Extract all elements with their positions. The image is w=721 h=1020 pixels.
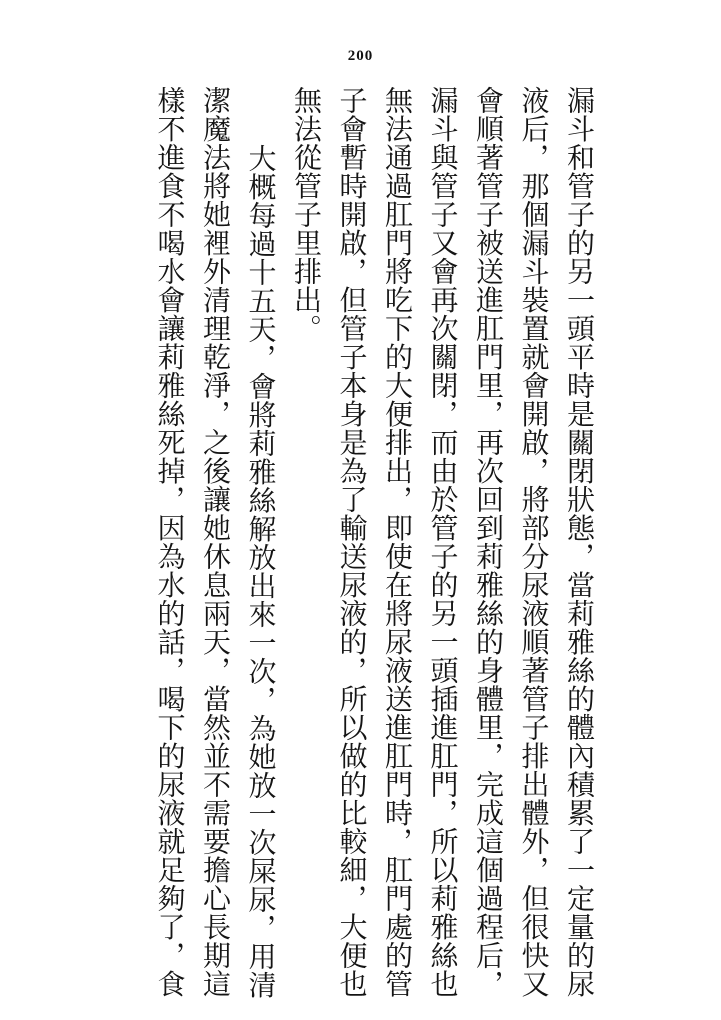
- text-column: 漏斗和管子的另一頭平時是關閉狀態，當莉雅絲的體內積累了一定量的尿: [556, 86, 602, 998]
- page-number: 200: [0, 48, 721, 65]
- text-column: 潔魔法將她裡外清理乾淨，之後讓她休息兩天，當然並不需要擔心長期這: [192, 86, 238, 998]
- text-column: 液后，那個漏斗裝置就會開啟，將部分尿液順著管子排出體外，但很快又: [510, 86, 556, 998]
- text-column: 會順著管子被送進肛門里，再次回到莉雅絲的身體里，完成這個過程后，: [465, 86, 511, 998]
- book-page: 200 漏斗和管子的另一頭平時是關閉狀態，當莉雅絲的體內積累了一定量的尿 液后，…: [0, 0, 721, 1020]
- text-column: 樣不進食不喝水會讓莉雅絲死掉，因為水的話，喝下的尿液就足夠了，食: [146, 86, 192, 998]
- text-column: 子會暫時開啟，但管子本身是為了輸送尿液的，所以做的比較細，大便也: [328, 86, 374, 998]
- vertical-text-block: 漏斗和管子的另一頭平時是關閉狀態，當莉雅絲的體內積累了一定量的尿 液后，那個漏斗…: [146, 86, 601, 998]
- text-column: 無法通過肛門將吃下的大便排出，即使在將尿液送進肛門時，肛門處的管: [374, 86, 420, 998]
- text-column: 無法從管子里排出。: [283, 86, 329, 998]
- text-column-paragraph-start: 大概每過十五天，會將莉雅絲解放出來一次，為她放一次屎尿，用清: [237, 86, 283, 998]
- text-column: 漏斗與管子又會再次關閉，而由於管子的另一頭插進肛門，所以莉雅絲也: [419, 86, 465, 998]
